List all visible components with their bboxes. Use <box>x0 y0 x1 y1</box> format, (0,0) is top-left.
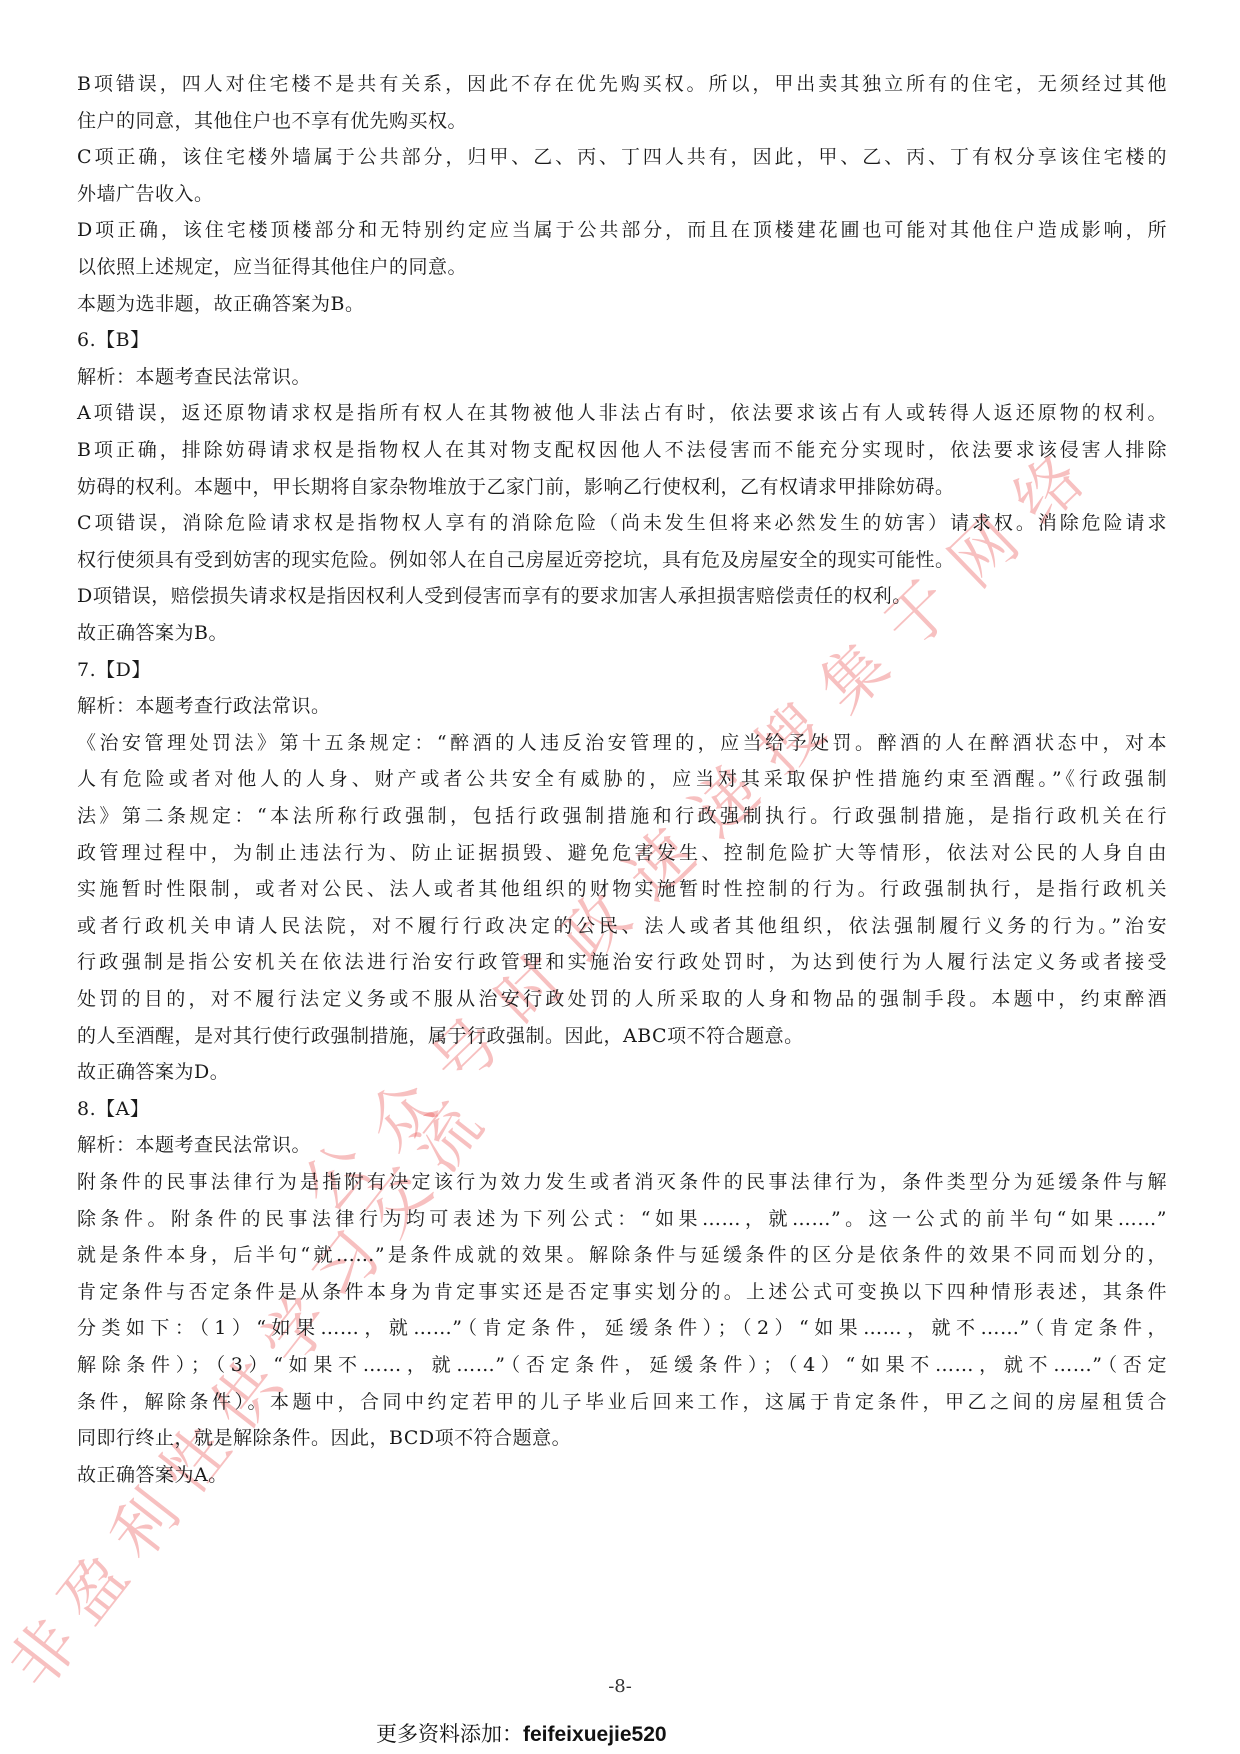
text-line: 解除条件）；（3）“如果不……，就……”（否定条件，延缓条件）；（4）“如果不…… <box>77 1353 1167 1377</box>
footer-handle: feifeixuejie520 <box>523 1723 667 1746</box>
text-line: 解析：本题考查行政法常识。 <box>77 694 331 718</box>
text-line: 解析：本题考查民法常识。 <box>77 365 311 389</box>
text-line: 故正确答案为B。 <box>77 621 228 645</box>
text-line: 实施暂时性限制，或者对公民、法人或者其他组织的财物实施暂时性控制的行为。行政强制… <box>77 877 1167 901</box>
text-line: 条件，解除条件）。本题中，合同中约定若甲的儿子毕业后回来工作，这属于肯定条件，甲… <box>77 1390 1167 1414</box>
text-line: C项错误，消除危险请求权是指物权人享有的消除危险（尚未发生但将来必然发生的妨害）… <box>77 511 1167 535</box>
text-line: 处罚的目的，对不履行法定义务或不服从治安行政处罚的人所采取的人身和物品的强制手段… <box>77 987 1167 1011</box>
text-line: 人有危险或者对他人的人身、财产或者公共安全有威胁的，应当对其采取保护性措施约束至… <box>77 767 1167 791</box>
text-line: 解析：本题考查民法常识。 <box>77 1133 311 1157</box>
text-line: D项错误，赔偿损失请求权是指因权利人受到侵害而享有的要求加害人承担损害赔偿责任的… <box>77 584 912 608</box>
footer-label: 更多资料添加： <box>376 1722 523 1746</box>
text-line: 就是条件本身，后半句“就……”是条件成就的效果。解除条件与延缓条件的区分是依条件… <box>77 1243 1167 1267</box>
text-line: 法》第二条规定：“本法所称行政强制，包括行政强制措施和行政强制执行。行政强制措施… <box>77 804 1167 828</box>
text-line: 的人至酒醒，是对其行使行政强制措施，属于行政强制。因此，ABC项不符合题意。 <box>77 1024 804 1048</box>
text-line: 外墙广告收入。 <box>77 182 214 206</box>
text-line: 肯定条件与否定条件是从条件本身为肯定事实还是否定事实划分的。上述公式可变换以下四… <box>77 1280 1167 1304</box>
text-line: B项错误，四人对住宅楼不是共有关系，因此不存在优先购买权。所以，甲出卖其独立所有… <box>77 72 1167 96</box>
text-line: 政管理过程中，为制止违法行为、防止证据损毁、避免危害发生、控制危险扩大等情形，依… <box>77 841 1167 865</box>
text-line: 6.【B】 <box>77 328 150 352</box>
text-line: 故正确答案为A。 <box>77 1463 228 1487</box>
footer-contact-note: 更多资料添加：feifeixuejie520 <box>376 1718 667 1748</box>
text-line: 《治安管理处罚法》第十五条规定：“醉酒的人违反治安管理的，应当给予处罚。醉酒的人… <box>77 731 1167 755</box>
text-line: C项正确，该住宅楼外墙属于公共部分，归甲、乙、丙、丁四人共有，因此，甲、乙、丙、… <box>77 145 1167 169</box>
text-line: 以依照上述规定，应当征得其他住户的同意。 <box>77 255 467 279</box>
text-line: 同即行终止，就是解除条件。因此，BCD项不符合题意。 <box>77 1426 571 1450</box>
text-line: B项正确，排除妨碍请求权是指物权人在其对物支配权因他人不法侵害而不能充分实现时，… <box>77 438 1167 462</box>
text-line: D项正确，该住宅楼顶楼部分和无特别约定应当属于公共部分，而且在顶楼建花圃也可能对… <box>77 218 1167 242</box>
text-line: A项错误，返还原物请求权是指所有权人在其物被他人非法占有时，依法要求该占有人或转… <box>77 401 1167 425</box>
text-line: 妨碍的权利。本题中，甲长期将自家杂物堆放于乙家门前，影响乙行使权利，乙有权请求甲… <box>77 475 955 499</box>
text-line: 故正确答案为D。 <box>77 1060 229 1084</box>
text-line: 7.【D】 <box>77 658 151 682</box>
text-line: 附条件的民事法律行为是指附有决定该行为效力发生或者消灭条件的民事法律行为，条件类… <box>77 1170 1167 1194</box>
text-line: 分类如下：（1）“如果……，就……”（肯定条件，延缓条件）；（2）“如果……，就… <box>77 1316 1167 1340</box>
text-line: 8.【A】 <box>77 1097 149 1121</box>
watermark-lower-left: 非盈利性供学习交流 <box>0 1066 511 1704</box>
text-line: 住户的同意，其他住户也不享有优先购买权。 <box>77 109 467 133</box>
text-line: 权行使须具有受到妨害的现实危险。例如邻人在自己房屋近旁挖坑，具有危及房屋安全的现… <box>77 548 955 572</box>
text-line: 本题为选非题，故正确答案为B。 <box>77 292 364 316</box>
page-number: -8- <box>0 1676 1240 1697</box>
document-page: 非盈利性供学习交流 公众号时政速递搜集于网络 B项错误，四人对住宅楼不是共有关系… <box>0 0 1240 1754</box>
text-line: 行政强制是指公安机关在依法进行治安行政管理和实施治安行政处罚时，为达到使行为人履… <box>77 950 1167 974</box>
text-line: 除条件。附条件的民事法律行为均可表述为下列公式：“如果……，就……”。这一公式的… <box>77 1207 1167 1231</box>
text-line: 或者行政机关申请人民法院，对不履行行政决定的公民、法人或者其他组织，依法强制履行… <box>77 914 1167 938</box>
